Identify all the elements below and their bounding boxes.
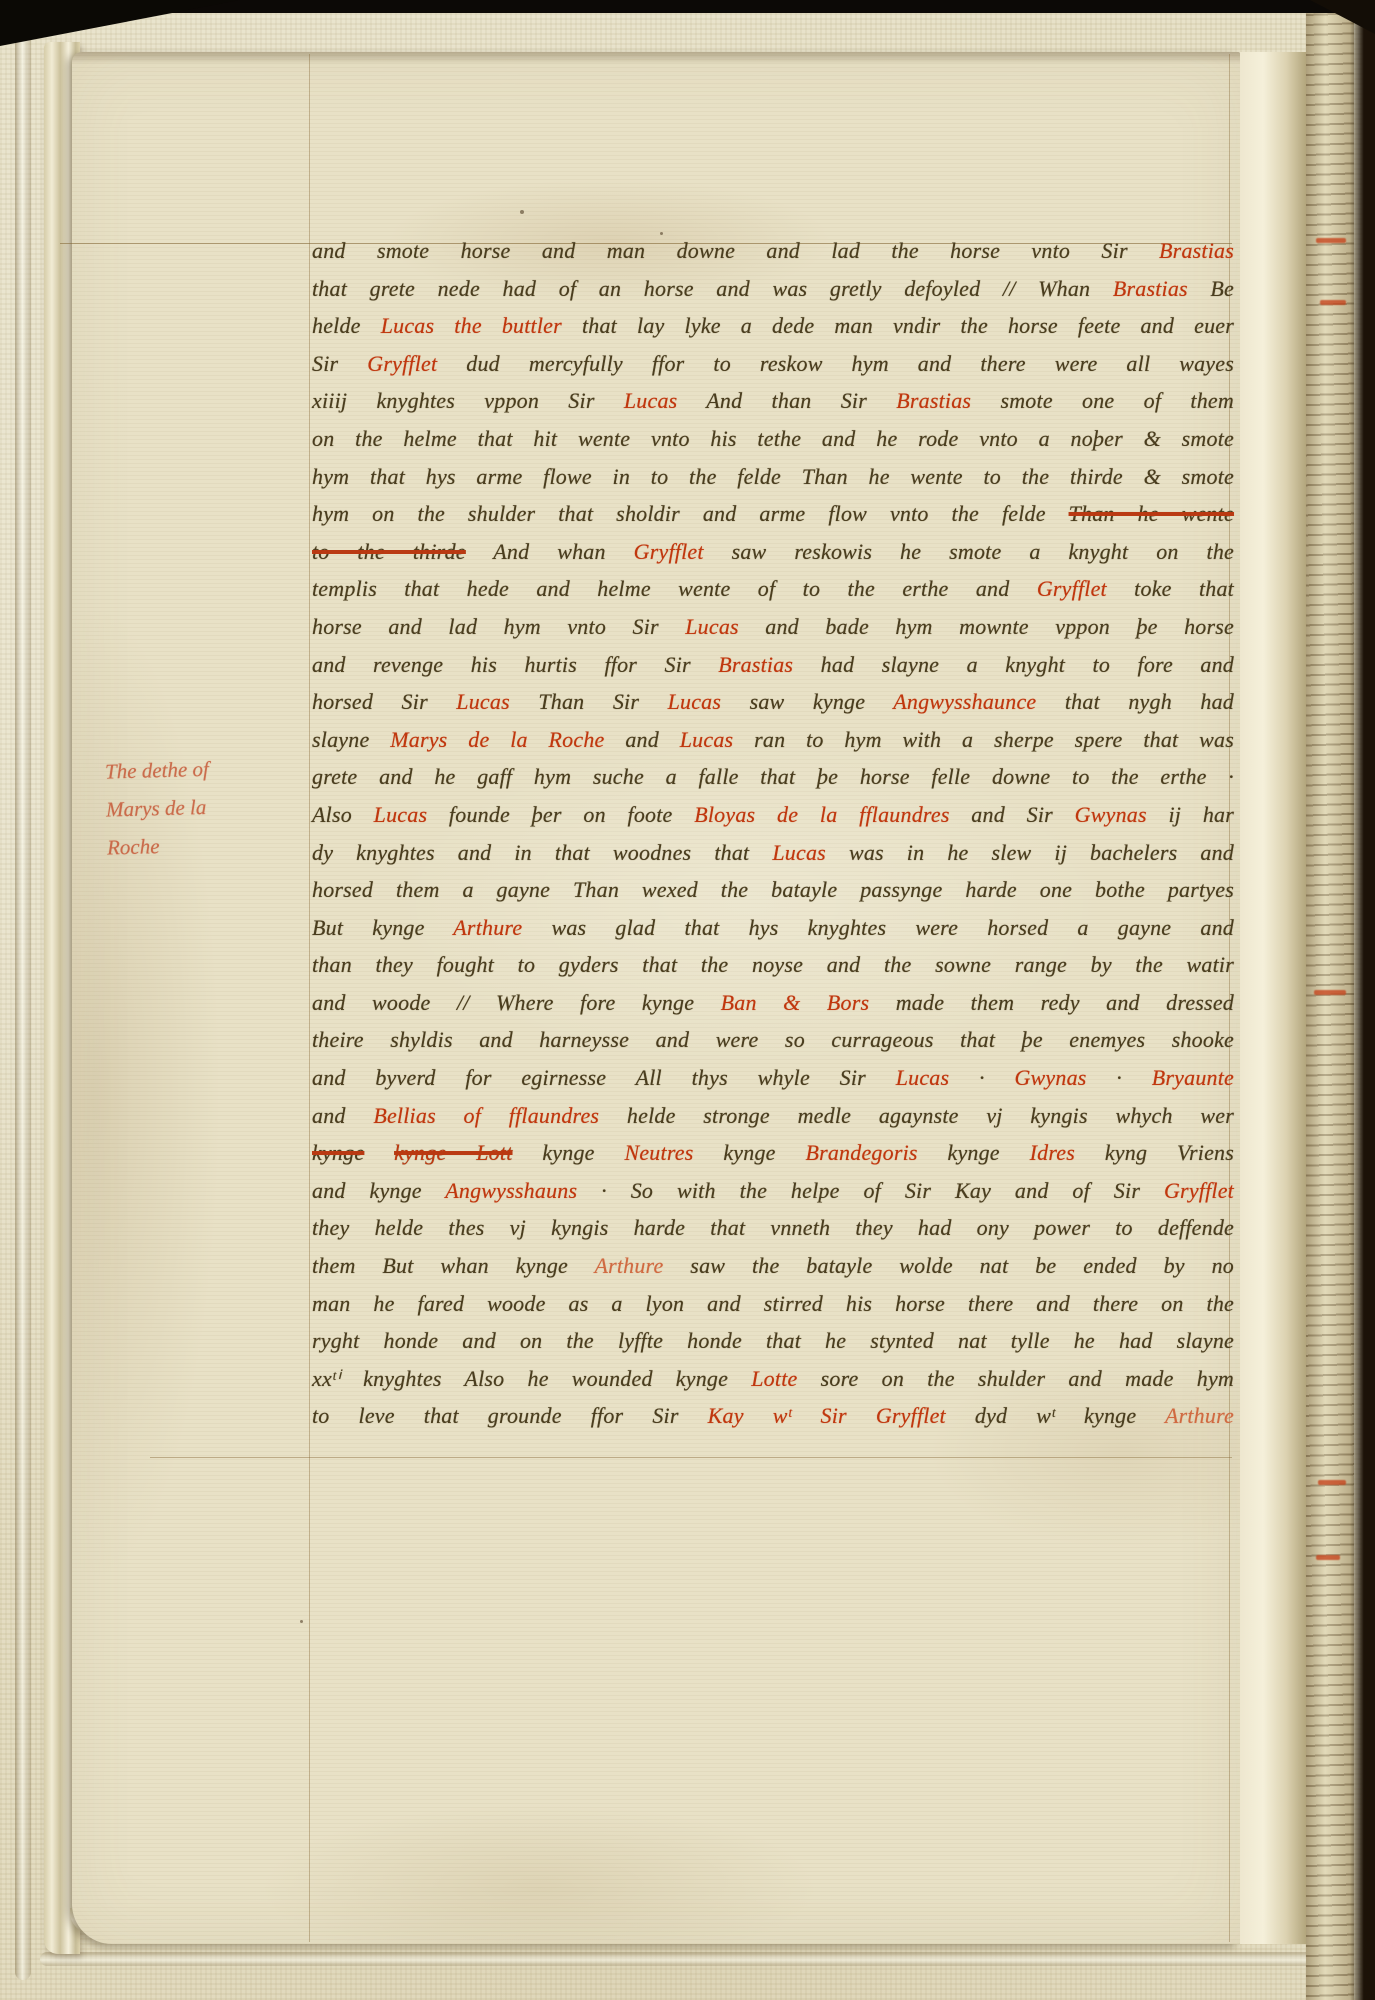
cover-groove-bottom xyxy=(40,1952,1340,1966)
ink-text: and kynge xyxy=(312,1178,445,1203)
ink-text: kynge xyxy=(694,1140,806,1165)
ink-text: smote one of them xyxy=(971,388,1234,413)
margin-note-line: The dethe of xyxy=(105,747,301,790)
ink-text: ryght honde and on the lyffte honde that… xyxy=(312,1328,1234,1353)
ink-text: helde stronge medle agaynste vj kyngis w… xyxy=(599,1103,1234,1128)
ink-text: helde xyxy=(312,313,381,338)
ink-text: And whan xyxy=(466,539,634,564)
ink-text: was glad that hys knyghtes were horsed a… xyxy=(522,915,1234,940)
rubric-text: Lucas xyxy=(668,689,722,714)
frame-rule-bottom xyxy=(150,1457,1232,1458)
rubric-text: Arthure xyxy=(594,1253,663,1278)
rubric-text: Lucas the buttler xyxy=(381,313,562,338)
manuscript-line: to the thirde And whan Gryfflet saw resk… xyxy=(312,533,1234,571)
ink-text: saw kynge xyxy=(721,689,893,714)
ink-text: kyng Vriens xyxy=(1075,1140,1234,1165)
rubric-text: Idres xyxy=(1030,1140,1075,1165)
rubric-text: Lucas xyxy=(456,689,510,714)
ink-text xyxy=(792,1403,821,1428)
ink-text: saw the batayle wolde nat be ended by no xyxy=(663,1253,1234,1278)
ink-text: sore on the shulder and made hym xyxy=(797,1366,1234,1391)
rubric-text: Brastias xyxy=(896,388,971,413)
manuscript-line: to leve that grounde ffor Sir Kay wᵗ Sir… xyxy=(312,1397,1234,1435)
rubric-text: kynge Lott xyxy=(394,1140,512,1165)
leaf-top-shadow xyxy=(72,52,1240,64)
ink-text: and xyxy=(312,1103,373,1128)
frame-rule-left xyxy=(309,54,310,1942)
ink-text: kynge xyxy=(918,1140,1030,1165)
rubric-text: wᵗ xyxy=(773,1403,792,1428)
ink-text: And than Sir xyxy=(677,388,896,413)
ink-text: horsed them a gayne Than wexed the batay… xyxy=(312,877,1234,902)
rubric-text: Bloyas de la fflaundres xyxy=(694,802,949,827)
manuscript-line: xiiij knyghtes vppon Sir Lucas And than … xyxy=(312,382,1234,420)
ink-text: made them redy and dressed xyxy=(869,990,1234,1015)
manuscript-line: hym on the shulder that sholdir and arme… xyxy=(312,495,1234,533)
ink-text: was in he slew ij bachelers and xyxy=(826,840,1234,865)
manuscript-line: templis that hede and helme wente of to … xyxy=(312,570,1234,608)
rubric-text: Brastias xyxy=(1159,238,1234,263)
rubric-text: Lucas xyxy=(896,1065,950,1090)
manuscript-line: helde Lucas the buttler that lay lyke a … xyxy=(312,307,1234,345)
manuscript-line: on the helme that hit wente vnto his tet… xyxy=(312,420,1234,458)
rubric-text: Brastias xyxy=(718,652,793,677)
ink-text: that lay lyke a dede man vndir the horse… xyxy=(562,313,1234,338)
facing-page-rubric-mark xyxy=(1314,990,1346,995)
ink-text: than they fought to gyders that the noys… xyxy=(312,952,1234,977)
rubric-text: Neutres xyxy=(624,1140,693,1165)
manuscript-line: grete and he gaff hym suche a falle that… xyxy=(312,758,1234,796)
ink-text: xxᵗⁱ knyghtes Also he wounded kynge xyxy=(312,1366,751,1391)
ink-text: horse and lad hym vnto Sir xyxy=(312,614,685,639)
ink-text: and revenge his hurtis ffor Sir xyxy=(312,652,718,677)
manuscript-line: theire shyldis and harneysse and were so… xyxy=(312,1021,1234,1059)
ink-text: ij har xyxy=(1147,802,1234,827)
manuscript-line: slayne Marys de la Roche and Lucas ran t… xyxy=(312,721,1234,759)
ink-text: · xyxy=(1087,1065,1152,1090)
rubric-text: Angwysshauns xyxy=(445,1178,577,1203)
rubric-text: Gryfflet xyxy=(367,351,437,376)
manuscript-line: Sir Gryfflet dud mercyfully ffor to resk… xyxy=(312,345,1234,383)
ink-text: hym that hys arme flowe in to the felde … xyxy=(312,464,1234,489)
manuscript-line: ryght honde and on the lyffte honde that… xyxy=(312,1322,1234,1360)
ink-text: slayne xyxy=(312,727,390,752)
ink-text: them But whan kynge xyxy=(312,1253,594,1278)
manuscript-line: But kynge Arthure was glad that hys knyg… xyxy=(312,909,1234,947)
ink-text: man he fared woode as a lyon and stirred… xyxy=(312,1291,1234,1316)
manuscript-line: and kynge Angwysshauns · So with the hel… xyxy=(312,1172,1234,1210)
manuscript-line: hym that hys arme flowe in to the felde … xyxy=(312,458,1234,496)
rubric-text: Gwynas xyxy=(1014,1065,1086,1090)
rubric-text: Bryaunte xyxy=(1152,1065,1234,1090)
ink-text: had slayne a knyght to fore and xyxy=(793,652,1234,677)
facing-page-rubric-mark xyxy=(1320,300,1346,305)
manuscript-line: Also Lucas founde þer on foote Bloyas de… xyxy=(312,796,1234,834)
manuscript-line: horsed them a gayne Than wexed the batay… xyxy=(312,871,1234,909)
ink-text: saw reskowis he smote a knyght on the xyxy=(704,539,1234,564)
rubric-text: Arthure xyxy=(453,915,522,940)
rubric-text: Gryfflet xyxy=(1037,576,1107,601)
ink-text: they helde thes vj kyngis harde that vnn… xyxy=(312,1215,1234,1240)
ink-text: and bade hym mownte vppon þe horse xyxy=(739,614,1234,639)
manuscript-line: than they fought to gyders that the noys… xyxy=(312,946,1234,984)
ink-text: Than he wente xyxy=(1069,501,1234,526)
rubric-text: Lucas xyxy=(680,727,734,752)
ink-text: founde þer on foote xyxy=(427,802,694,827)
manuscript-line: kynge kynge Lott kynge Neutres kynge Bra… xyxy=(312,1134,1234,1172)
ink-text: Also xyxy=(312,802,374,827)
manuscript-line: and woode // Where fore kynge Ban & Bors… xyxy=(312,984,1234,1022)
rubric-text: Bellias of fflaundres xyxy=(373,1103,599,1128)
photo-background-right xyxy=(1350,0,1375,2000)
ink-text xyxy=(744,1403,773,1428)
manuscript-line: horsed Sir Lucas Than Sir Lucas saw kyng… xyxy=(312,683,1234,721)
ink-text: on the helme that hit wente vnto his tet… xyxy=(312,426,1234,451)
margin-note-rubric: The dethe ofMarys de laRoche xyxy=(105,747,303,866)
ink-text: templis that hede and helme wente of to … xyxy=(312,576,1037,601)
rubric-text: Gryfflet xyxy=(634,539,704,564)
facing-page-rubric-mark xyxy=(1316,238,1346,243)
ink-text: and xyxy=(605,727,680,752)
ink-text: and byverd for egirnesse All thys whyle … xyxy=(312,1065,896,1090)
manuscript-line: and Bellias of fflaundres helde stronge … xyxy=(312,1097,1234,1135)
manuscript-line: and revenge his hurtis ffor Sir Brastias… xyxy=(312,646,1234,684)
facing-page-rubric-mark xyxy=(1316,1555,1340,1560)
rubric-text: Lucas xyxy=(624,388,678,413)
ink-text: dud mercyfully ffor to reskow hym and th… xyxy=(437,351,1234,376)
facing-page-edge xyxy=(1306,0,1354,2000)
rubric-text: Brandegoris xyxy=(805,1140,917,1165)
ink-text: and smote horse and man downe and lad th… xyxy=(312,238,1159,263)
text-block: and smote horse and man downe and lad th… xyxy=(312,232,1234,1435)
ink-text: xiiij knyghtes vppon Sir xyxy=(312,388,624,413)
rubric-text: Kay xyxy=(708,1403,744,1428)
ink-text: that nygh had xyxy=(1036,689,1234,714)
ink-text: ran to hym with a sherpe spere that was xyxy=(733,727,1234,752)
ink-text: · xyxy=(949,1065,1014,1090)
ink-text: toke that xyxy=(1107,576,1234,601)
ink-text: kynge xyxy=(312,1140,364,1165)
rubric-text: Lotte xyxy=(751,1366,797,1391)
manuscript-line: and byverd for egirnesse All thys whyle … xyxy=(312,1059,1234,1097)
rubric-text: Gwynas xyxy=(1075,802,1147,827)
manuscript-photo: { "page": { "margin_note": { "lines": ["… xyxy=(0,0,1375,2000)
ink-text: to leve that grounde ffor Sir xyxy=(312,1403,708,1428)
rubric-text: Marys de la Roche xyxy=(390,727,604,752)
ink-text: horsed Sir xyxy=(312,689,456,714)
ink-text: to the thirde xyxy=(312,539,466,564)
manuscript-line: man he fared woode as a lyon and stirred… xyxy=(312,1285,1234,1323)
ink-text: Than Sir xyxy=(510,689,668,714)
parchment-speck xyxy=(300,1620,303,1623)
ink-text: Be xyxy=(1188,276,1234,301)
facing-page-rubric-mark xyxy=(1318,1480,1346,1485)
ink-text: theire shyldis and harneysse and were so… xyxy=(312,1027,1234,1052)
ink-text: and Sir xyxy=(950,802,1075,827)
manuscript-line: that grete nede had of an horse and was … xyxy=(312,270,1234,308)
ink-text: · So with the helpe of Sir Kay and of Si… xyxy=(577,1178,1164,1203)
ink-text: and woode // Where fore kynge xyxy=(312,990,721,1015)
gutter-fold xyxy=(1240,52,1306,1944)
cover-groove-left xyxy=(15,30,31,1980)
ink-text: dyd wᵗ kynge xyxy=(946,1403,1165,1428)
rubric-text: Lucas xyxy=(685,614,739,639)
manuscript-line: they helde thes vj kyngis harde that vnn… xyxy=(312,1209,1234,1247)
parchment-speck xyxy=(520,210,524,214)
rubric-text: Angwysshaunce xyxy=(893,689,1036,714)
ink-text: But kynge xyxy=(312,915,453,940)
rubric-text: Lucas xyxy=(374,802,428,827)
ink-text xyxy=(364,1140,394,1165)
manuscript-line: dy knyghtes and in that woodnes that Luc… xyxy=(312,834,1234,872)
margin-note-line: Roche xyxy=(107,823,303,866)
rubric-text: Gryfflet xyxy=(1164,1178,1234,1203)
ink-text: dy knyghtes and in that woodnes that xyxy=(312,840,772,865)
ink-text: kynge xyxy=(513,1140,625,1165)
manuscript-line: and smote horse and man downe and lad th… xyxy=(312,232,1234,270)
rubric-text: Lucas xyxy=(772,840,826,865)
ink-text: that grete nede had of an horse and was … xyxy=(312,276,1113,301)
ink-text: grete and he gaff hym suche a falle that… xyxy=(312,764,1234,789)
rubric-text: Sir Gryfflet xyxy=(821,1403,946,1428)
rubric-text: Brastias xyxy=(1113,276,1188,301)
rubric-text: Arthure xyxy=(1165,1403,1234,1428)
manuscript-line: horse and lad hym vnto Sir Lucas and bad… xyxy=(312,608,1234,646)
ink-text: Sir xyxy=(312,351,367,376)
margin-note-line: Marys de la xyxy=(106,785,302,828)
manuscript-line: xxᵗⁱ knyghtes Also he wounded kynge Lott… xyxy=(312,1360,1234,1398)
ink-text: hym on the shulder that sholdir and arme… xyxy=(312,501,1069,526)
rubric-text: Ban & Bors xyxy=(721,990,870,1015)
manuscript-line: them But whan kynge Arthure saw the bata… xyxy=(312,1247,1234,1285)
